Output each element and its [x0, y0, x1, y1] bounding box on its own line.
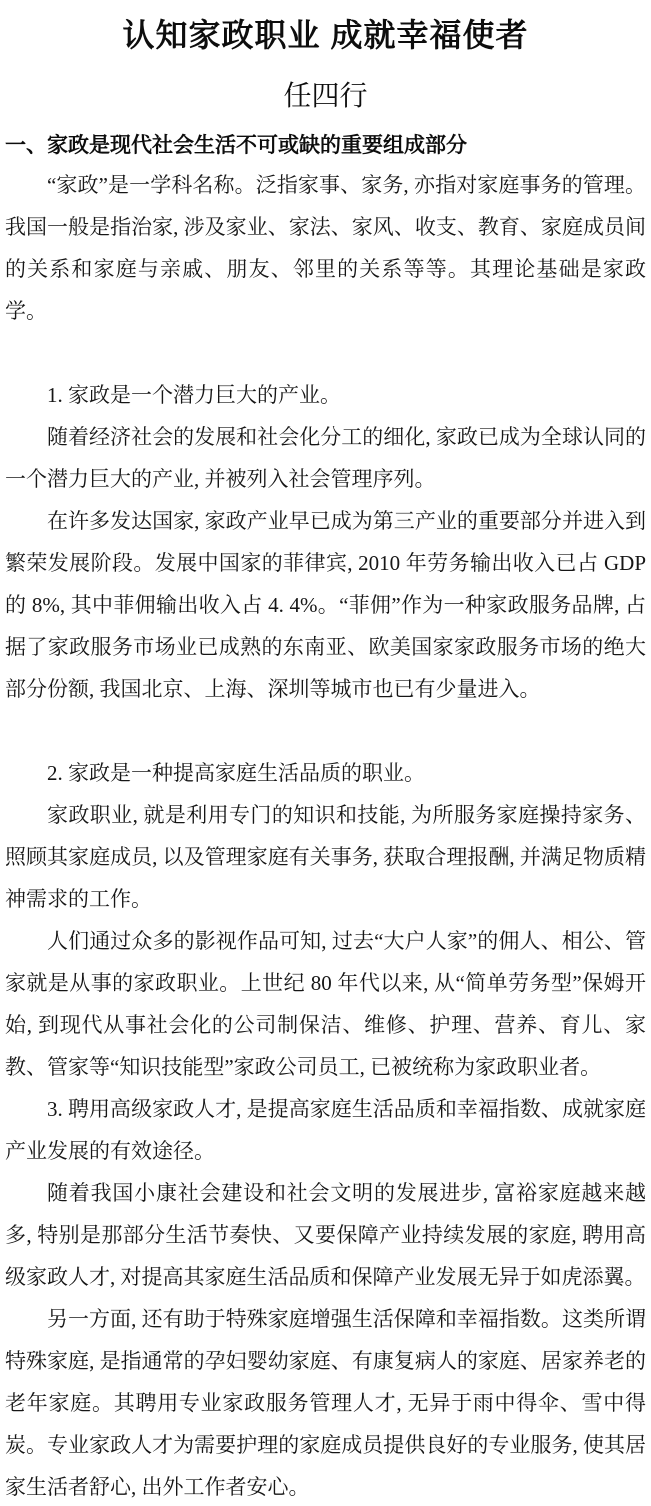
paragraph: 在许多发达国家, 家政产业早已成为第三产业的重要部分并进入到繁荣发展阶段。发展中… [5, 500, 646, 710]
paragraph: “家政”是一学科名称。泛指家事、家务, 亦指对家庭事务的管理。我国一般是指治家,… [5, 164, 646, 332]
document-title: 认知家政职业 成就幸福使者 [5, 0, 646, 55]
paragraph: 家政职业, 就是利用专门的知识和技能, 为所服务家庭操持家务、照顾其家庭成员, … [5, 794, 646, 920]
paragraph: 另一方面, 还有助于特殊家庭增强生活保障和幸福指数。这类所谓特殊家庭, 是指通常… [5, 1298, 646, 1506]
document-page: { "page": { "title": "认知家政职业 成就幸福使者", "a… [0, 0, 651, 1506]
paragraph: 人们通过众多的影视作品可知, 过去“大户人家”的佣人、相公、管家就是从事的家政职… [5, 920, 646, 1088]
paragraph: 随着我国小康社会建设和社会文明的发展进步, 富裕家庭越来越多, 特别是那部分生活… [5, 1172, 646, 1298]
page: 认知家政职业 成就幸福使者 任四行 一、家政是现代社会生活不可或缺的重要组成部分… [0, 0, 651, 1506]
author-name: 任四行 [5, 81, 646, 111]
document-body: “家政”是一学科名称。泛指家事、家务, 亦指对家庭事务的管理。我国一般是指治家,… [5, 164, 646, 1506]
paragraph-numbered-2: 2. 家政是一种提高家庭生活品质的职业。 [5, 752, 646, 794]
paragraph-numbered-3: 3. 聘用高级家政人才, 是提高家庭生活品质和幸福指数、成就家庭产业发展的有效途… [5, 1088, 646, 1172]
paragraph-numbered-1: 1. 家政是一个潜力巨大的产业。 [5, 374, 646, 416]
paragraph: 随着经济社会的发展和社会化分工的细化, 家政已成为全球认同的一个潜力巨大的产业,… [5, 416, 646, 500]
section-heading: 一、家政是现代社会生活不可或缺的重要组成部分 [5, 133, 646, 159]
